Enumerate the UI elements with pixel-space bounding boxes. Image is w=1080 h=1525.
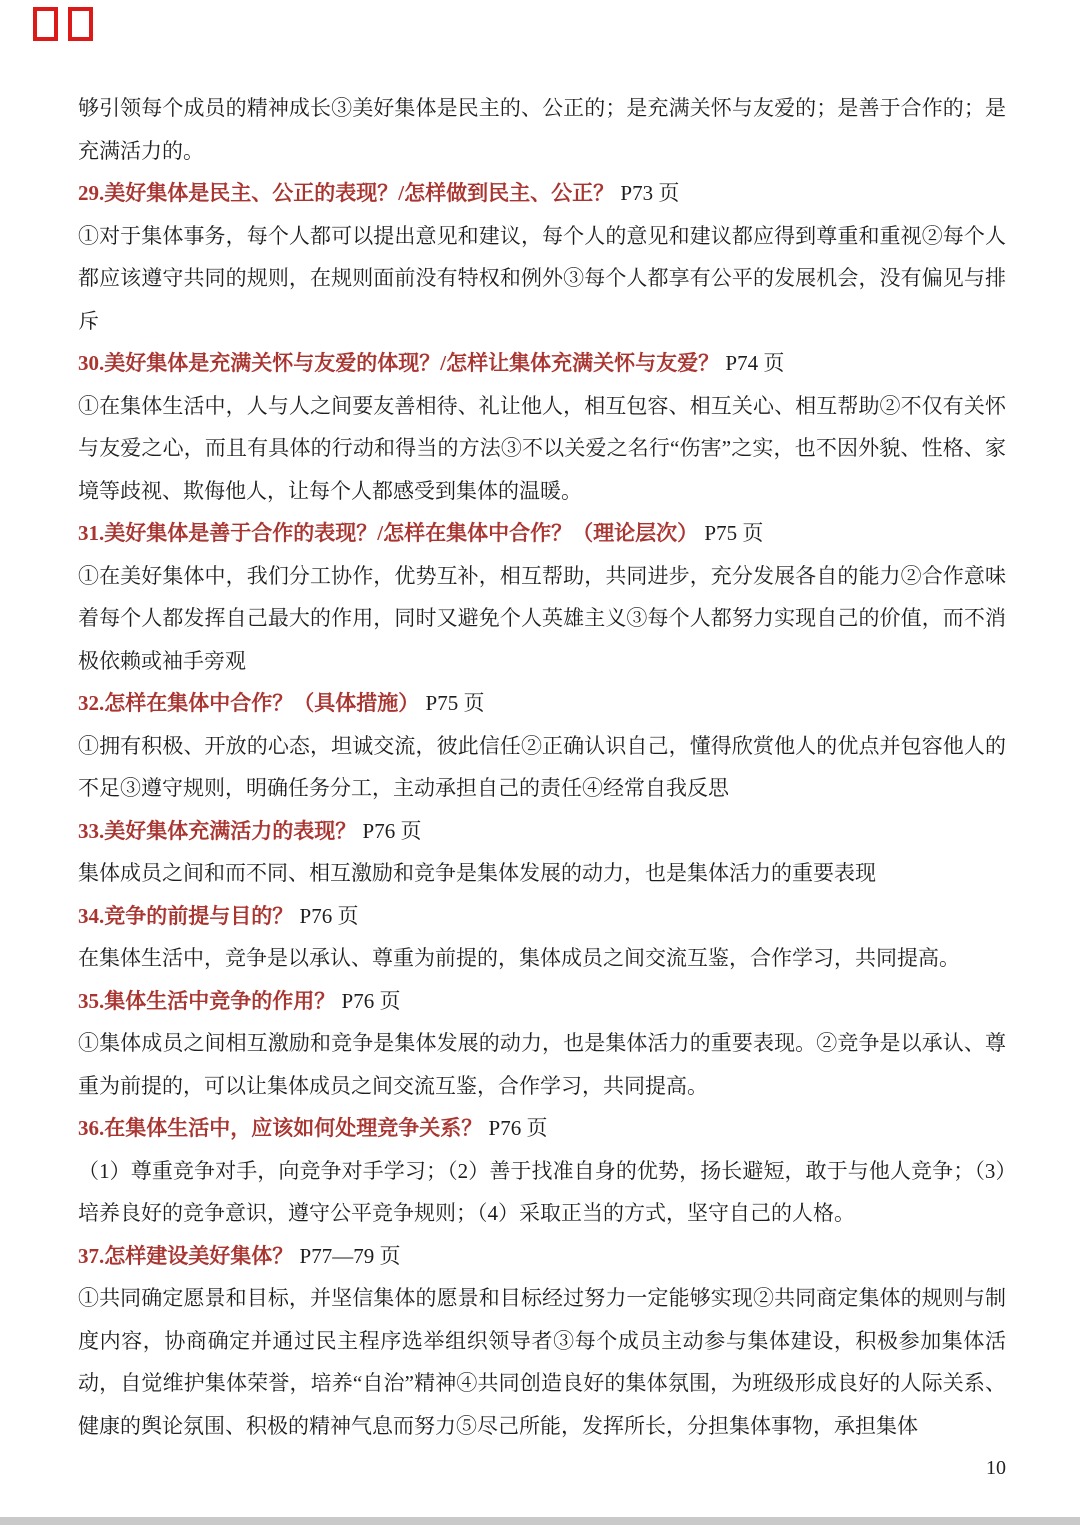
answer-paragraph: ①在美好集体中，我们分工协作，优势互补，相互帮助，共同进步，充分发展各自的能力②…	[78, 555, 1006, 683]
intro-paragraph: 够引领每个成员的精神成长③美好集体是民主的、公正的；是充满关怀与友爱的；是善于合…	[78, 87, 1006, 172]
page-reference: P74 页	[725, 351, 784, 375]
question-heading: 34.竞争的前提与目的？	[78, 904, 293, 928]
answer-paragraph: （1）尊重竞争对手，向竞争对手学习；（2）善于找准自身的优势，扬长避短，敢于与他…	[78, 1150, 1006, 1235]
question-heading: 35.集体生活中竞争的作用？	[78, 989, 335, 1013]
question-heading: 31.美好集体是善于合作的表现？/怎样在集体中合作？（理论层次）	[78, 521, 698, 545]
bottom-edge-bar	[0, 1517, 1080, 1525]
qa-heading-line: 35.集体生活中竞争的作用？P76 页	[78, 980, 1006, 1023]
page-reference: P75 页	[426, 691, 485, 715]
question-heading: 32.怎样在集体中合作？（具体措施）	[78, 691, 419, 715]
page-number: 10	[78, 1447, 1006, 1490]
answer-paragraph: ①对于集体事务，每个人都可以提出意见和建议，每个人的意见和建议都应得到尊重和重视…	[78, 215, 1006, 343]
qa-heading-line: 31.美好集体是善于合作的表现？/怎样在集体中合作？（理论层次）P75 页	[78, 512, 1006, 555]
page-reference: P76 页	[300, 904, 359, 928]
qa-heading-line: 29.美好集体是民主、公正的表现？/怎样做到民主、公正？P73 页	[78, 172, 1006, 215]
red-box-glyph-icon	[33, 7, 58, 41]
qa-heading-line: 36.在集体生活中，应该如何处理竞争关系？P76 页	[78, 1107, 1006, 1150]
answer-paragraph: ①共同确定愿景和目标，并坚信集体的愿景和目标经过努力一定能够实现②共同商定集体的…	[78, 1277, 1006, 1447]
answer-paragraph: ①集体成员之间相互激励和竞争是集体发展的动力，也是集体活力的重要表现。②竞争是以…	[78, 1022, 1006, 1107]
qa-list: 29.美好集体是民主、公正的表现？/怎样做到民主、公正？P73 页 ①对于集体事…	[78, 172, 1006, 1447]
qa-heading-line: 34.竞争的前提与目的？P76 页	[78, 895, 1006, 938]
question-heading: 30.美好集体是充满关怀与友爱的体现？/怎样让集体充满关怀与友爱？	[78, 351, 719, 375]
page-reference: P73 页	[620, 181, 679, 205]
page-reference: P75 页	[704, 521, 763, 545]
page-reference: P76 页	[489, 1116, 548, 1140]
document-content: 够引领每个成员的精神成长③美好集体是民主的、公正的；是充满关怀与友爱的；是善于合…	[78, 87, 1006, 1490]
answer-paragraph: 在集体生活中，竞争是以承认、尊重为前提的，集体成员之间交流互鉴，合作学习，共同提…	[78, 937, 1006, 980]
red-box-glyph-icon	[68, 7, 93, 41]
answer-paragraph: ①拥有积极、开放的心态，坦诚交流，彼此信任②正确认识自己，懂得欣赏他人的优点并包…	[78, 725, 1006, 810]
answer-paragraph: ①在集体生活中，人与人之间要友善相待、礼让他人，相互包容、相互关心、相互帮助②不…	[78, 385, 1006, 513]
question-heading: 33.美好集体充满活力的表现？	[78, 819, 356, 843]
question-heading: 37.怎样建设美好集体？	[78, 1244, 293, 1268]
qa-heading-line: 33.美好集体充满活力的表现？P76 页	[78, 810, 1006, 853]
top-left-artifact-marks	[33, 7, 93, 41]
qa-heading-line: 37.怎样建设美好集体？P77—79 页	[78, 1235, 1006, 1278]
question-heading: 36.在集体生活中，应该如何处理竞争关系？	[78, 1116, 482, 1140]
page-reference: P77—79 页	[300, 1244, 401, 1268]
answer-paragraph: 集体成员之间和而不同、相互激励和竞争是集体发展的动力，也是集体活力的重要表现	[78, 852, 1006, 895]
qa-heading-line: 32.怎样在集体中合作？（具体措施）P75 页	[78, 682, 1006, 725]
qa-heading-line: 30.美好集体是充满关怀与友爱的体现？/怎样让集体充满关怀与友爱？P74 页	[78, 342, 1006, 385]
page-reference: P76 页	[342, 989, 401, 1013]
question-heading: 29.美好集体是民主、公正的表现？/怎样做到民主、公正？	[78, 181, 614, 205]
page-reference: P76 页	[363, 819, 422, 843]
